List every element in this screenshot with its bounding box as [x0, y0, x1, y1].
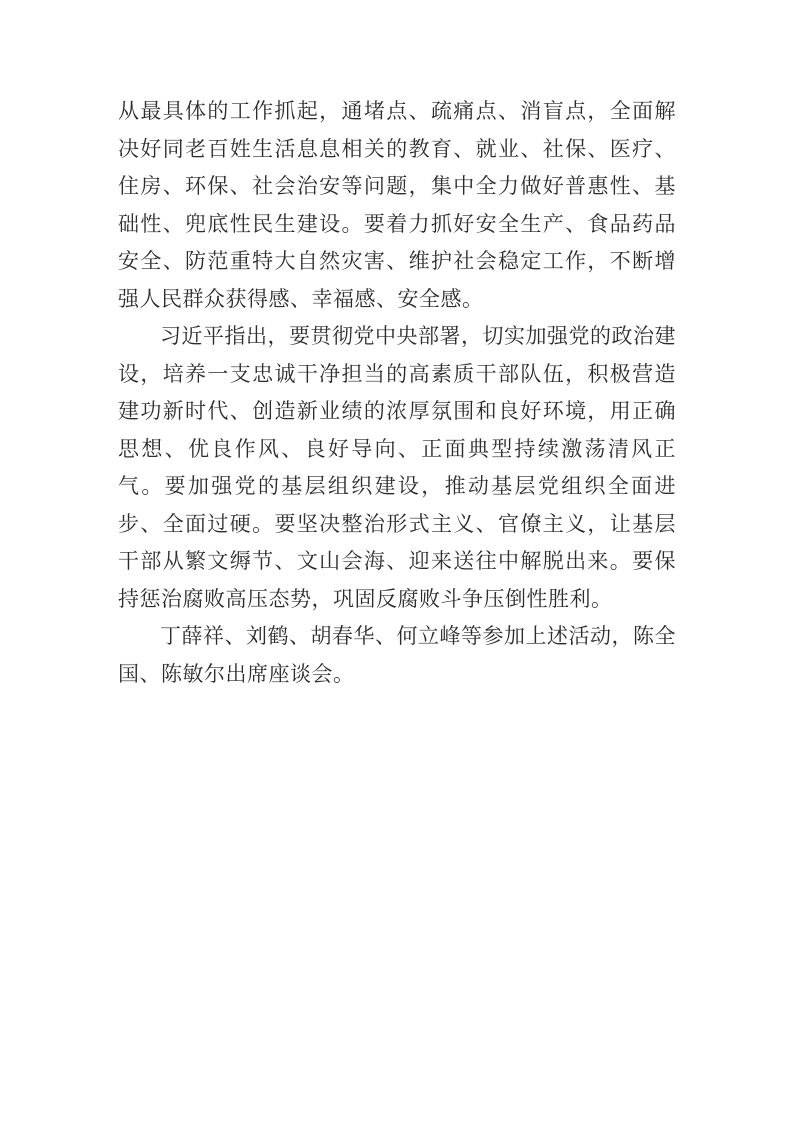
paragraph: 习近平指出，要贯彻党中央部署，切实加强党的政治建设，培养一支忠诚干净担当的高素质… — [118, 318, 676, 618]
text-block: 从最具体的工作抓起，通堵点、疏痛点、消盲点，全面解决好同老百姓生活息息相关的教育… — [118, 93, 676, 693]
paragraph: 丁薛祥、刘鹤、胡春华、何立峰等参加上述活动，陈全国、陈敏尔出席座谈会。 — [118, 618, 676, 693]
paragraph: 从最具体的工作抓起，通堵点、疏痛点、消盲点，全面解决好同老百姓生活息息相关的教育… — [118, 93, 676, 318]
document-page: { "document": { "language": "zh-CN", "ba… — [0, 0, 793, 1122]
page: 从最具体的工作抓起，通堵点、疏痛点、消盲点，全面解决好同老百姓生活息息相关的教育… — [0, 0, 793, 1122]
